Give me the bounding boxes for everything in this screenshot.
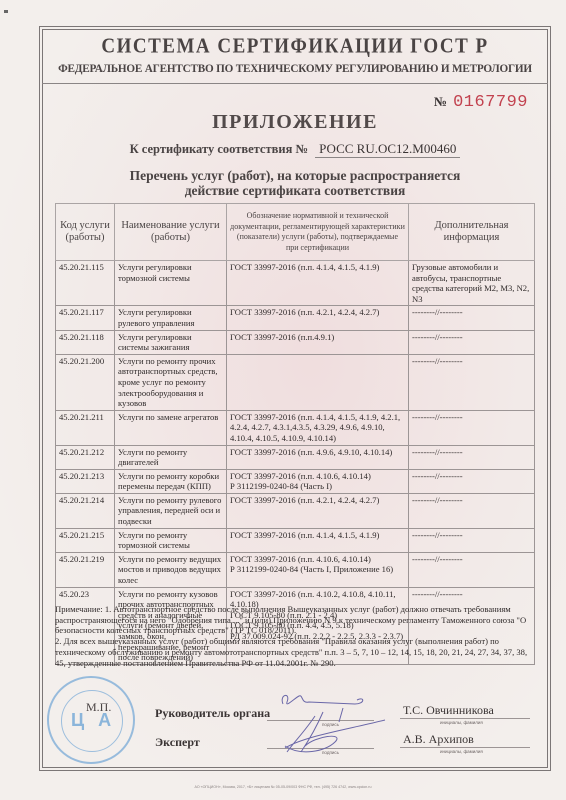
notes: Примечание: 1. Автотранспортное средство… [55, 604, 539, 668]
cell-name: Услуги по ремонту ведущих мостов и приво… [115, 552, 227, 587]
table-row: 45.20.21.214Услуги по ремонту рулевого у… [56, 493, 535, 528]
expert-name-line [400, 747, 530, 748]
list-title-line-2: действие сертификата соответствия [42, 183, 548, 198]
header-docs: Обозначение нормативной и технической до… [227, 204, 409, 261]
certificate-number: РОСС RU.OC12.M00460 [315, 141, 460, 158]
cell-code: 45.20.21.214 [56, 493, 115, 528]
cell-info: --------//-------- [409, 410, 535, 445]
cell-name: Услуги по ремонту прочих автотранспортны… [115, 354, 227, 410]
cell-info: --------//-------- [409, 330, 535, 354]
header-divider [42, 83, 548, 84]
table-row: 45.20.21.115Услуги регулировки тормозной… [56, 261, 535, 306]
scan-mark [4, 10, 8, 13]
cell-name: Услуги по ремонту тормозной системы [115, 528, 227, 552]
cell-name: Услуги регулировки тормозной системы [115, 261, 227, 306]
cell-docs: ГОСТ 33997-2016 (п.п. 4.1.4, 4.1.5, 4.1.… [227, 528, 409, 552]
table-row: 45.20.21.219Услуги по ремонту ведущих мо… [56, 552, 535, 587]
cell-info: --------//-------- [409, 306, 535, 330]
cell-info: --------//-------- [409, 469, 535, 493]
cell-docs: ГОСТ 33997-2016 (п.п. 4.10.6, 4.10.14) Р… [227, 469, 409, 493]
cell-code: 45.20.21.211 [56, 410, 115, 445]
cell-name: Услуги регулировки системы зажигания [115, 330, 227, 354]
cell-code: 45.20.21.212 [56, 445, 115, 469]
printer-imprint: АО «ОПЦИОН», Москва, 2017, «Б» лицензия … [0, 785, 566, 789]
cell-name: Услуги по ремонту двигателей [115, 445, 227, 469]
certificate-prefix: К сертификату соответствия № [130, 142, 308, 156]
table-row: 45.20.21.215Услуги по ремонту тормозной … [56, 528, 535, 552]
agency-name: ФЕДЕРАЛЬНОЕ АГЕНТСТВО ПО ТЕХНИЧЕСКОМУ РЕ… [42, 63, 548, 75]
cell-code: 45.20.21.213 [56, 469, 115, 493]
expert-name-hint: инициалы, фамилия [440, 749, 483, 754]
cell-name: Услуги регулировки рулевого управления [115, 306, 227, 330]
cell-docs: ГОСТ 33997-2016 (п.п. 4.1.4, 4.1.5, 4.1.… [227, 261, 409, 306]
head-name: Т.С. Овчинникова [403, 703, 494, 718]
cell-name: Услуги по замене агрегатов [115, 410, 227, 445]
services-table: Код услуги (работы) Наименование услуги … [55, 203, 535, 665]
cell-name: Услуги по ремонту коробки перемены перед… [115, 469, 227, 493]
head-label: Руководитель органа [155, 706, 270, 721]
cell-docs [227, 354, 409, 410]
cell-code: 45.20.21.115 [56, 261, 115, 306]
cell-name: Услуги по ремонту рулевого управления, п… [115, 493, 227, 528]
cell-code: 45.20.21.117 [56, 306, 115, 330]
cell-docs: ГОСТ 33997-2016 (п.п. 4.9.6, 4.9.10, 4.1… [227, 445, 409, 469]
cell-code: 45.20.21.219 [56, 552, 115, 587]
cell-docs: ГОСТ 33997-2016 (п.п. 4.2.1, 4.2.4, 4.2.… [227, 493, 409, 528]
cell-info: Грузовые автомобили и автобусы, транспор… [409, 261, 535, 306]
seal-stamp: ЦА [47, 676, 135, 764]
note-1: Примечание: 1. Автотранспортное средство… [55, 604, 539, 636]
stamp-place-label: М.П. [86, 700, 111, 715]
cell-code: 45.20.21.215 [56, 528, 115, 552]
serial-number: 0167799 [453, 93, 528, 112]
cell-info: --------//-------- [409, 552, 535, 587]
table-row: 45.20.21.118Услуги регулировки системы з… [56, 330, 535, 354]
header-name: Наименование услуги (работы) [115, 204, 227, 261]
table-row: 45.20.21.211Услуги по замене агрегатовГО… [56, 410, 535, 445]
cell-info: --------//-------- [409, 493, 535, 528]
table-row: 45.20.21.212Услуги по ремонту двигателей… [56, 445, 535, 469]
system-title: СИСТЕМА СЕРТИФИКАЦИИ ГОСТ Р [42, 35, 548, 59]
header-code: Код услуги (работы) [56, 204, 115, 261]
cell-docs: ГОСТ 33997-2016 (п.п. 4.2.1, 4.2.4, 4.2.… [227, 306, 409, 330]
expert-name: А.В. Архипов [403, 732, 474, 747]
header-info: Дополнительная информация [409, 204, 535, 261]
expert-label: Эксперт [155, 735, 200, 750]
list-title-line-1: Перечень услуг (работ), на которые распр… [42, 168, 548, 183]
table-header-row: Код услуги (работы) Наименование услуги … [56, 204, 535, 261]
cell-docs: ГОСТ 33997-2016 (п.п. 4.10.6, 4.10.14) Р… [227, 552, 409, 587]
document-title: ПРИЛОЖЕНИЕ [42, 111, 548, 134]
head-name-hint: инициалы, фамилия [440, 720, 483, 725]
certificate-reference: К сертификату соответствия № РОСС RU.OC1… [42, 141, 548, 158]
head-name-line [400, 718, 530, 719]
cell-docs: ГОСТ 33997-2016 (п.п. 4.1.4, 4.1.5, 4.1.… [227, 410, 409, 445]
cell-code: 45.20.21.118 [56, 330, 115, 354]
table-row: 45.20.21.200Услуги по ремонту прочих авт… [56, 354, 535, 410]
table-row: 45.20.21.213Услуги по ремонту коробки пе… [56, 469, 535, 493]
serial-label: № [434, 94, 447, 109]
handwritten-signature [265, 686, 405, 761]
cell-code: 45.20.21.200 [56, 354, 115, 410]
cell-info: --------//-------- [409, 445, 535, 469]
table-row: 45.20.21.117Услуги регулировки рулевого … [56, 306, 535, 330]
serial-number-block: №0167799 [434, 93, 528, 112]
list-title: Перечень услуг (работ), на которые распр… [42, 168, 548, 198]
cell-docs: ГОСТ 33997-2016 (п.п.4.9.1) [227, 330, 409, 354]
cell-info: --------//-------- [409, 528, 535, 552]
cell-info: --------//-------- [409, 354, 535, 410]
note-2: 2. Для всех вышеуказанных услуг (работ) … [55, 636, 539, 668]
